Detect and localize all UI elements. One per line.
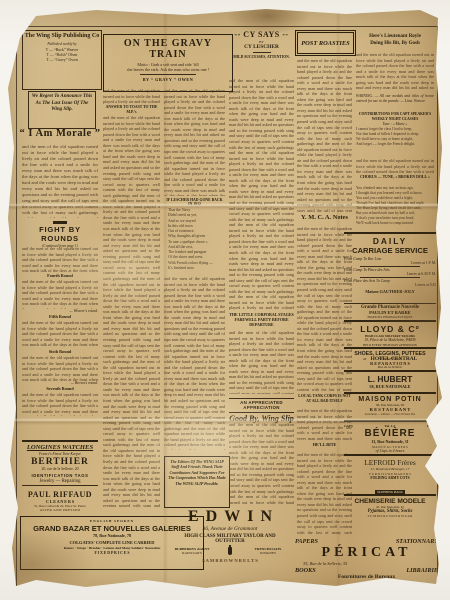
royle-body: and the men of the old squadron turned o… <box>356 52 434 92</box>
beviere-hats: HATS <box>427 424 436 428</box>
daily-title-2: CARRIAGE SERVICE <box>344 246 436 255</box>
pericat-address: 35, Rue de la Sellerie, 35 <box>295 561 438 566</box>
cy-subhead: MILD SUCCESSES, ATTENTION. <box>229 55 294 59</box>
poem-1912: That the NavyDidn't need us yet,And so w… <box>164 208 225 276</box>
berthier-services: Jewelry — Repairing <box>22 479 98 484</box>
round-subhead: Sixth Round <box>22 349 98 354</box>
chemiserie-line2: S U M M E R U N D E R W E A R <box>344 514 436 518</box>
cy-body: and the men of the old squadron turned o… <box>229 78 294 310</box>
staff-name: T — “Bolsh” Olsen <box>24 53 100 57</box>
pericat-books: BOOKS <box>295 567 316 574</box>
tune-line: Tune : « Mazie » <box>356 122 434 126</box>
cy-title: -- CY SAYS -- <box>229 30 294 39</box>
lefroid-address: 17, Boulevard Béranger, 17 <box>344 467 436 471</box>
edwin-name: EDWIN <box>170 508 290 526</box>
edwin-ad: EDWIN 36, Avenue de Grammont HIGH CLASS … <box>170 508 290 588</box>
morale-headline: “ I Am Morale ” <box>18 128 102 139</box>
insignia-icon <box>228 547 232 555</box>
publisher-title: The Wing Slip Publishing Co <box>24 33 100 40</box>
hubert-name: L. HUBERT <box>344 374 436 384</box>
round-paragraph: and the men of the old squadron turned o… <box>22 246 98 272</box>
beviere-address: 11, Rue Nationale, 11 <box>344 439 436 444</box>
round-subhead: Fifth Round <box>22 314 98 319</box>
fight-by-rounds-body: and the men of the old squadron turned o… <box>22 246 98 436</box>
publisher-subtitle: Published weekly by <box>24 42 100 46</box>
round-signature: — Weaver's round. <box>22 309 98 313</box>
pericat-ad: PAPERS STATIONNARY PÉRICAT 35, Rue de la… <box>295 538 438 588</box>
edwin-line: HIGH CLASS MILITARY TAYLOR AND OUTFITTER <box>170 534 290 544</box>
rail-paragraph: and the men of the old squadron turned o… <box>356 158 434 173</box>
berthier-name: BERTHIER <box>22 457 98 467</box>
roasties-body: and the men of the old squadron turned o… <box>297 58 352 212</box>
daily-footer: Maison GAUTHIER-JOLY <box>344 289 436 294</box>
answer-heading: ANSWER TO TOAST TO THE M.P.’s <box>103 105 160 114</box>
pericat-footer: Fournitures de Bureaux <box>295 574 438 580</box>
gravy-motto-2: she leaves the rails. Ask the man who ow… <box>106 67 230 72</box>
daily-time: Leaves at 6.30 P. M. <box>344 272 436 276</box>
riffaud-note: ALTER AND PRESSED <box>22 508 98 512</box>
post-roasties-title: POST ROASTIES <box>301 40 349 47</box>
photo-backdrop: The Wing Slip Publishing Co Published we… <box>0 0 450 600</box>
chorus-heading: CHORUS — TUNE, « BROKEN DOLL » <box>356 175 434 180</box>
morale-body: and the men of the old squadron turned o… <box>22 144 98 218</box>
goodby-body: and the men of the old squadron turned o… <box>229 422 294 504</box>
pericat-name: PÉRICAT <box>295 545 438 561</box>
fight-heading-block: FIGHT BY ROUNDS (Continued from page 1) <box>22 221 98 248</box>
gravy-subcol-b: and the men of the old squadron turned o… <box>164 88 225 454</box>
potin-name: MAISON POTIN <box>344 396 436 403</box>
longines-title: LONGINES WATCHES <box>22 444 98 451</box>
shoes-ad: SHOES, LEGGINS, PUTTEES All color Polish… <box>344 345 436 366</box>
chemiserie-ad: CHEMISERIE MODELE 45, Rue Nationale, 45 … <box>344 492 436 518</box>
contributions-poem: I cannot forget the class I had to keep,… <box>356 127 434 148</box>
edwin-left2: RAINCOATS <box>170 551 214 555</box>
round-paragraph: and the men of the old squadron turned o… <box>22 392 98 416</box>
contributions-block: CONTRIBUTIONS FOR CAPT SPEAKER'S WEEKLY … <box>356 112 434 148</box>
beviere-name: BÉVIÈRE <box>344 428 436 439</box>
daily-time: Leaves at 9.45 <box>344 283 436 287</box>
appreciation-block: AN APPRECIATED APPRECIATION Good By, Win… <box>229 396 294 423</box>
daily-carriage-ad: DAILY CARRIAGE SERVICE From Camp To Bar … <box>344 230 436 294</box>
longines-berthier-ad: LONGINES WATCHES France's Finest Time-Ke… <box>22 438 98 488</box>
lloyd-address: 19, Place de la Madeleine, PARIS <box>344 338 436 342</box>
edwin-right2: INSIGNES <box>246 551 290 555</box>
editors-thanks-box: The Editors Of The WING SLIP Staff And F… <box>164 456 230 508</box>
longines-tagline: France's Finest Time-Keeper <box>22 452 98 456</box>
hubert-ad: L. HUBERT 58, RUE NATIONALE <box>344 368 436 389</box>
round-signature: — Brown's round. <box>22 381 98 385</box>
body-paragraph: and the men of the old squadron turned o… <box>164 88 225 196</box>
publisher-box: The Wing Slip Publishing Co Published we… <box>22 30 102 90</box>
body-paragraph: and the men of the old squadron turned o… <box>164 276 225 450</box>
last-issue-notice: We Regret To Announce This As The Last I… <box>28 91 96 129</box>
gravy-subcol-a: and the men of the old squadron turned o… <box>103 88 160 512</box>
ymca-heading: Y. M. C. A. Notes <box>297 214 352 221</box>
body-paragraph: and the men of the old squadron turned o… <box>103 88 160 104</box>
edwin-bottom: S A M B R O W N B E L T S <box>170 558 290 563</box>
pericat-librairie: LIBRAIRIE <box>406 567 438 574</box>
lefroid-line2: FOLDING ARMY COTS <box>344 476 436 480</box>
hubert-address: 58, RUE NATIONALE <box>344 384 436 389</box>
appreciation-heading: AN APPRECIATED APPRECIATION <box>229 400 294 410</box>
body-paragraph: and the men of the old squadron turned o… <box>103 115 160 507</box>
berthier-tags: IDENTIFICATION TAGS <box>22 473 98 478</box>
shoes-line2: R E P A R A T I O N S <box>344 361 436 366</box>
gravy-train-box: ON THE GRAVY TRAIN Motto : Grab a soft s… <box>103 34 233 92</box>
round-paragraph: and the men of the old squadron turned o… <box>22 320 98 348</box>
round-subhead: Fourth Round <box>22 273 98 278</box>
berthier-address: 20, rue de la Sellerie, 20 <box>22 467 98 471</box>
corporal-heading: THE LITTLE CORPORAL STAGES FAREWELL PART… <box>229 312 294 327</box>
round-paragraph: and the men of the old squadron turned o… <box>22 355 98 381</box>
warning-note: WARNING. — All our medals and titles of … <box>356 94 434 104</box>
royle-heading: Here's Lieutenant Royle Doing His Bit, B… <box>356 34 434 47</box>
fight-heading: FIGHT BY ROUNDS <box>22 225 98 243</box>
cy-says-header: -- CY SAYS -- BY CY LESCHER MILD SUCCESS… <box>229 30 294 59</box>
potin-line: Luncheon — Dinner — Five O'clock Tea <box>344 412 436 416</box>
cy-author: CY LESCHER <box>229 44 294 50</box>
staff-name: T — “Gravy” Owen <box>24 58 100 62</box>
riffaud-name: PAUL RIFFAUD <box>22 490 98 499</box>
beviere-caps: CAPS <box>344 424 353 428</box>
pericat-papers: PAPERS <box>295 538 318 545</box>
daily-title-1: DAILY <box>344 236 436 246</box>
chorus-poem: You climbed onto my taxi an hour ago,I t… <box>356 186 434 228</box>
daily-time: Leaves at 1 P. M. <box>344 261 436 265</box>
riffaud-ad: PAUL RIFFAUD C L E A N E R S 51, Rue Col… <box>22 490 98 512</box>
gravy-title: ON THE GRAVY TRAIN <box>106 38 230 60</box>
royle-line2: Doing His Bit, By Gosh <box>356 41 434 48</box>
edwin-address: 36, Avenue de Grammont <box>170 526 290 532</box>
round-paragraph: and the men of the old squadron turned o… <box>22 279 98 309</box>
pericat-stationary: STATIONNARY <box>396 538 438 545</box>
poem-1912-heading: IF LESCHER HAD GONE BACK IN 1912 <box>164 198 225 206</box>
gravy-byline: BY “ GRAVY ” OWEN <box>106 77 230 82</box>
pharmacie-ad: Grande Pharmacie Nouvelle PAULIN ET BARR… <box>344 301 436 319</box>
chemiserie-name: CHEMISERIE MODELE <box>344 498 436 505</box>
contributions-heading: CONTRIBUTIONS FOR CAPT SPEAKER'S WEEKLY … <box>356 112 434 121</box>
round-subhead: Seventh Round <box>22 386 98 391</box>
staff-name: T — “Buck” Weaver <box>24 48 100 52</box>
lefroid-name: LEFROID Frères <box>344 458 436 467</box>
post-roasties-box: POST ROASTIES <box>297 32 354 54</box>
beviere-ad: CAPS Tel. 1-2 HATS BÉVIÈRE 11, Rue Natio… <box>344 418 436 453</box>
lloyd-name: LLOYD & Cº <box>344 324 436 334</box>
newspaper-page: The Wing Slip Publishing Co Published we… <box>6 8 444 592</box>
corporal-body: and the men of the old squadron turned o… <box>229 330 294 394</box>
potin-ad: MAISON POTIN 98, Rue Nationale, 98 R E S… <box>344 390 436 416</box>
